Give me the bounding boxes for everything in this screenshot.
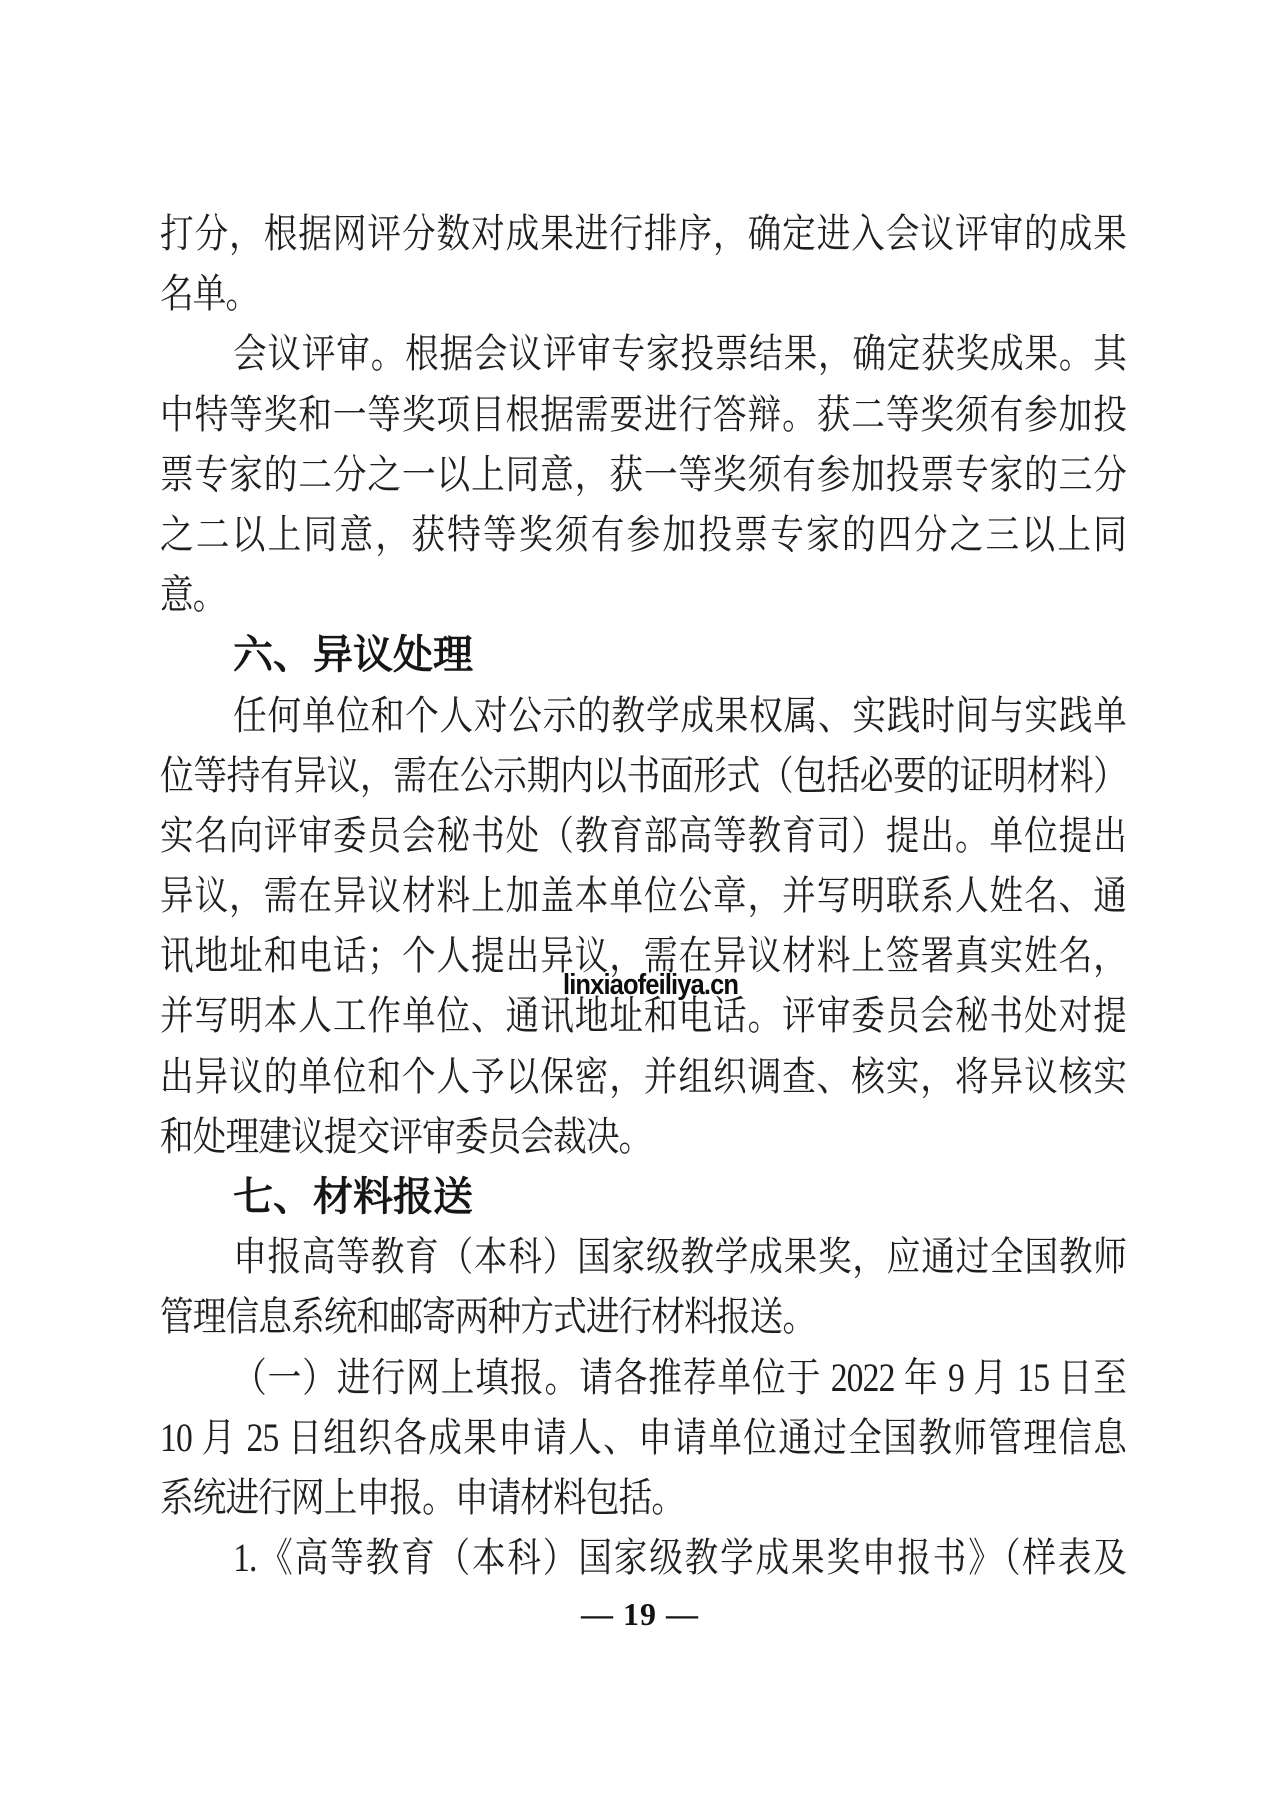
body-line: 和处理建议提交评审委员会裁决。	[160, 1107, 1126, 1167]
body-line: 系统进行网上申报。申请材料包括。	[160, 1468, 1126, 1528]
body-line: 会议评审。根据会议评审专家投票结果，确定获奖成果。其	[160, 324, 1126, 384]
body-line: 名单。	[160, 264, 1126, 324]
section-heading: 六、异议处理	[160, 625, 1125, 685]
body-line: 中特等奖和一等奖项目根据需要进行答辩。获二等奖须有参加投	[160, 385, 1126, 445]
body-line: 意。	[160, 565, 1126, 625]
body-line: 管理信息系统和邮寄两种方式进行材料报送。	[160, 1287, 1126, 1347]
section-heading: 七、材料报送	[160, 1167, 1125, 1227]
body-line: 10 月 25 日组织各成果申请人、申请单位通过全国教师管理信息	[160, 1408, 1126, 1468]
body-line: 实名向评审委员会秘书处（教育部高等教育司）提出。单位提出	[160, 806, 1126, 866]
body-line: （一）进行网上填报。请各推荐单位于 2022 年 9 月 15 日至	[160, 1348, 1126, 1408]
body-line: 打分，根据网评分数对成果进行排序，确定进入会议评审的成果	[160, 204, 1126, 264]
body-line: 1.《高等教育（本科）国家级教学成果奖申报书》（样表及	[160, 1528, 1126, 1588]
body-line: 位等持有异议，需在公示期内以书面形式（包括必要的证明材料）	[160, 746, 1126, 806]
document-page: 打分，根据网评分数对成果进行排序，确定进入会议评审的成果名单。会议评审。根据会议…	[0, 0, 1280, 1810]
body-line: 之二以上同意，获特等奖须有参加投票专家的四分之三以上同	[160, 505, 1126, 565]
watermark: linxiaofeiliya.cn	[563, 969, 738, 1002]
page-number: — 19 —	[0, 1596, 1280, 1633]
body-line: 申报高等教育（本科）国家级教学成果奖，应通过全国教师	[160, 1227, 1126, 1287]
body-line: 出异议的单位和个人予以保密，并组织调查、核实，将异议核实	[160, 1047, 1126, 1107]
body-line: 任何单位和个人对公示的教学成果权属、实践时间与实践单	[160, 686, 1126, 746]
body-line: 异议，需在异议材料上加盖本单位公章，并写明联系人姓名、通	[160, 866, 1126, 926]
body-line: 票专家的二分之一以上同意，获一等奖须有参加投票专家的三分	[160, 445, 1126, 505]
document-body: 打分，根据网评分数对成果进行排序，确定进入会议评审的成果名单。会议评审。根据会议…	[160, 204, 1280, 1588]
